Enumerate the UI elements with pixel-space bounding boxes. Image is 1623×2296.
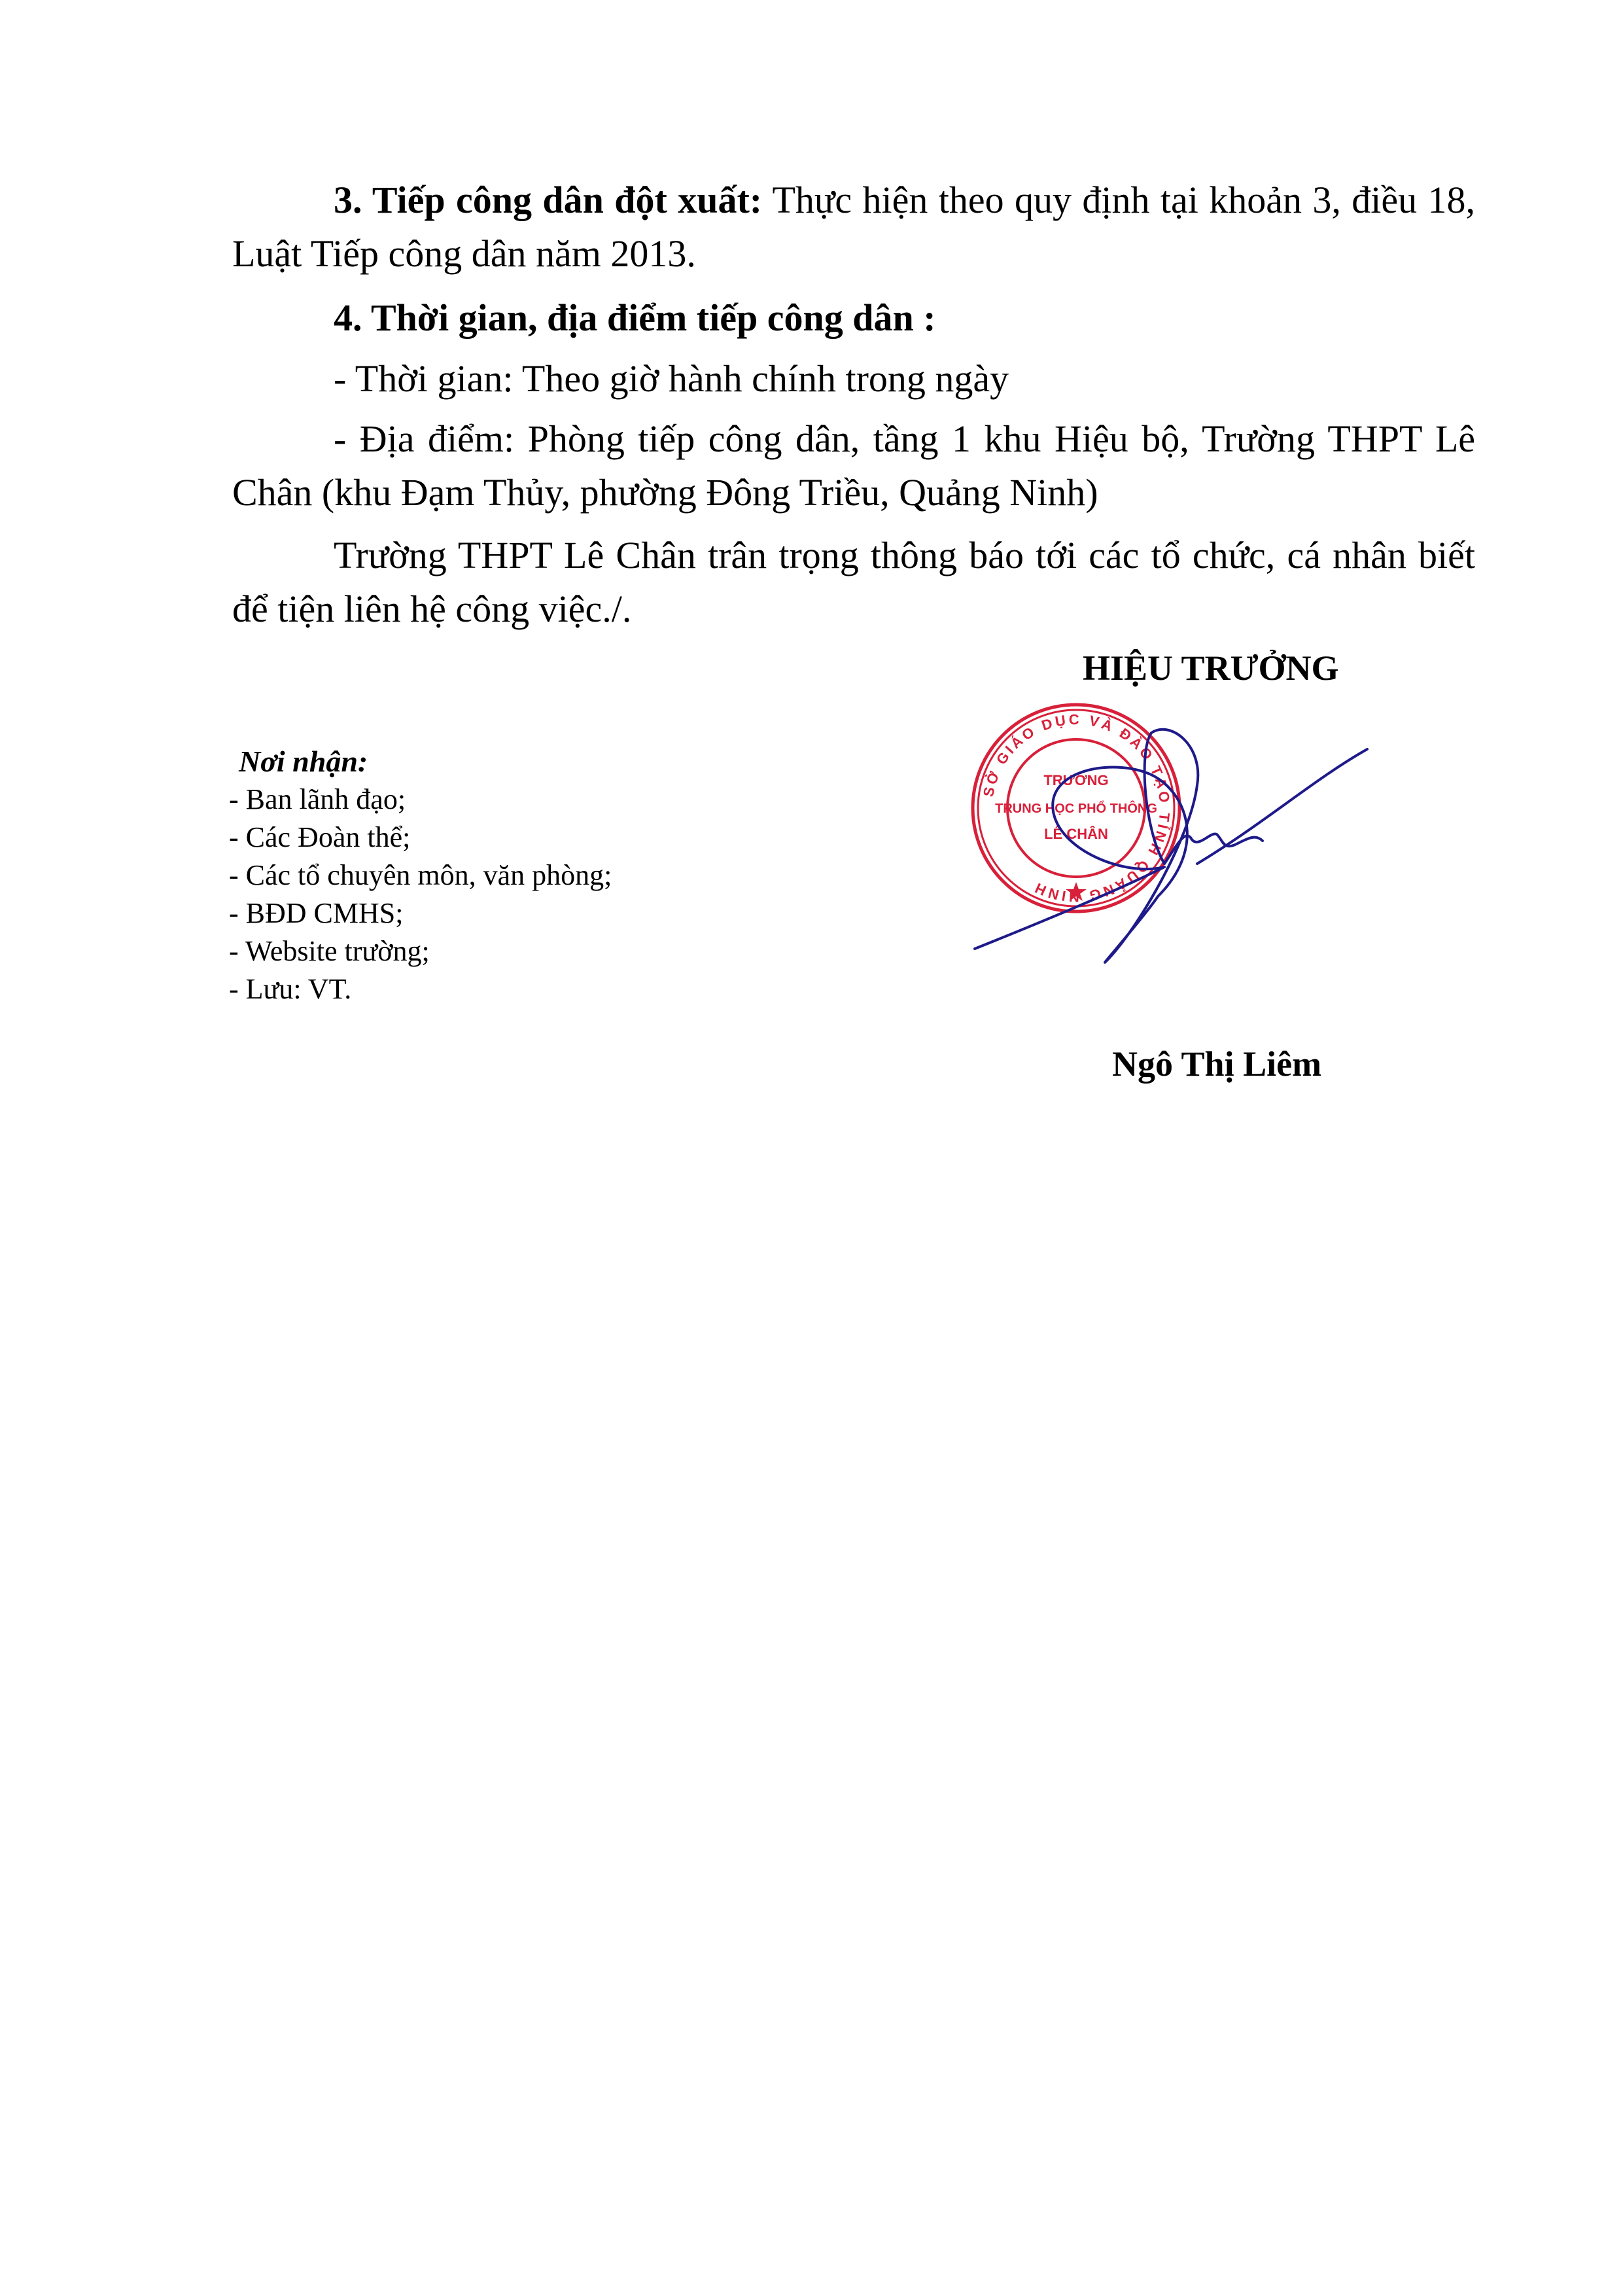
recipient-item: - Website trường; — [229, 932, 612, 970]
recipient-item: - Lưu: VT. — [229, 970, 612, 1008]
section-3-paragraph: 3. Tiếp công dân đột xuất: Thực hiện the… — [232, 173, 1475, 281]
handwritten-signature-icon — [949, 694, 1420, 1008]
section-4-heading-text: 4. Thời gian, địa điểm tiếp công dân : — [334, 296, 936, 339]
section-4-place: - Địa điểm: Phòng tiếp công dân, tầng 1 … — [232, 412, 1475, 520]
recipient-item: - BĐD CMHS; — [229, 894, 612, 932]
section-4-heading: 4. Thời gian, địa điểm tiếp công dân : — [232, 291, 1475, 345]
recipient-item: - Các Đoàn thể; — [229, 819, 612, 857]
signer-name: Ngô Thị Liêm — [1112, 1044, 1321, 1084]
recipient-item: - Ban lãnh đạo; — [229, 781, 612, 819]
recipients-title: Nơi nhận: — [239, 743, 612, 781]
section-4-time: - Thời gian: Theo giờ hành chính trong n… — [232, 352, 1475, 406]
section-3-heading: 3. Tiếp công dân đột xuất: — [334, 179, 762, 221]
recipients-block: Nơi nhận: - Ban lãnh đạo; - Các Đoàn thể… — [229, 743, 612, 1008]
signer-title: HIỆU TRƯỞNG — [1083, 648, 1339, 688]
recipient-item: - Các tổ chuyên môn, văn phòng; — [229, 857, 612, 894]
closing-paragraph: Trường THPT Lê Chân trân trọng thông báo… — [232, 529, 1475, 636]
